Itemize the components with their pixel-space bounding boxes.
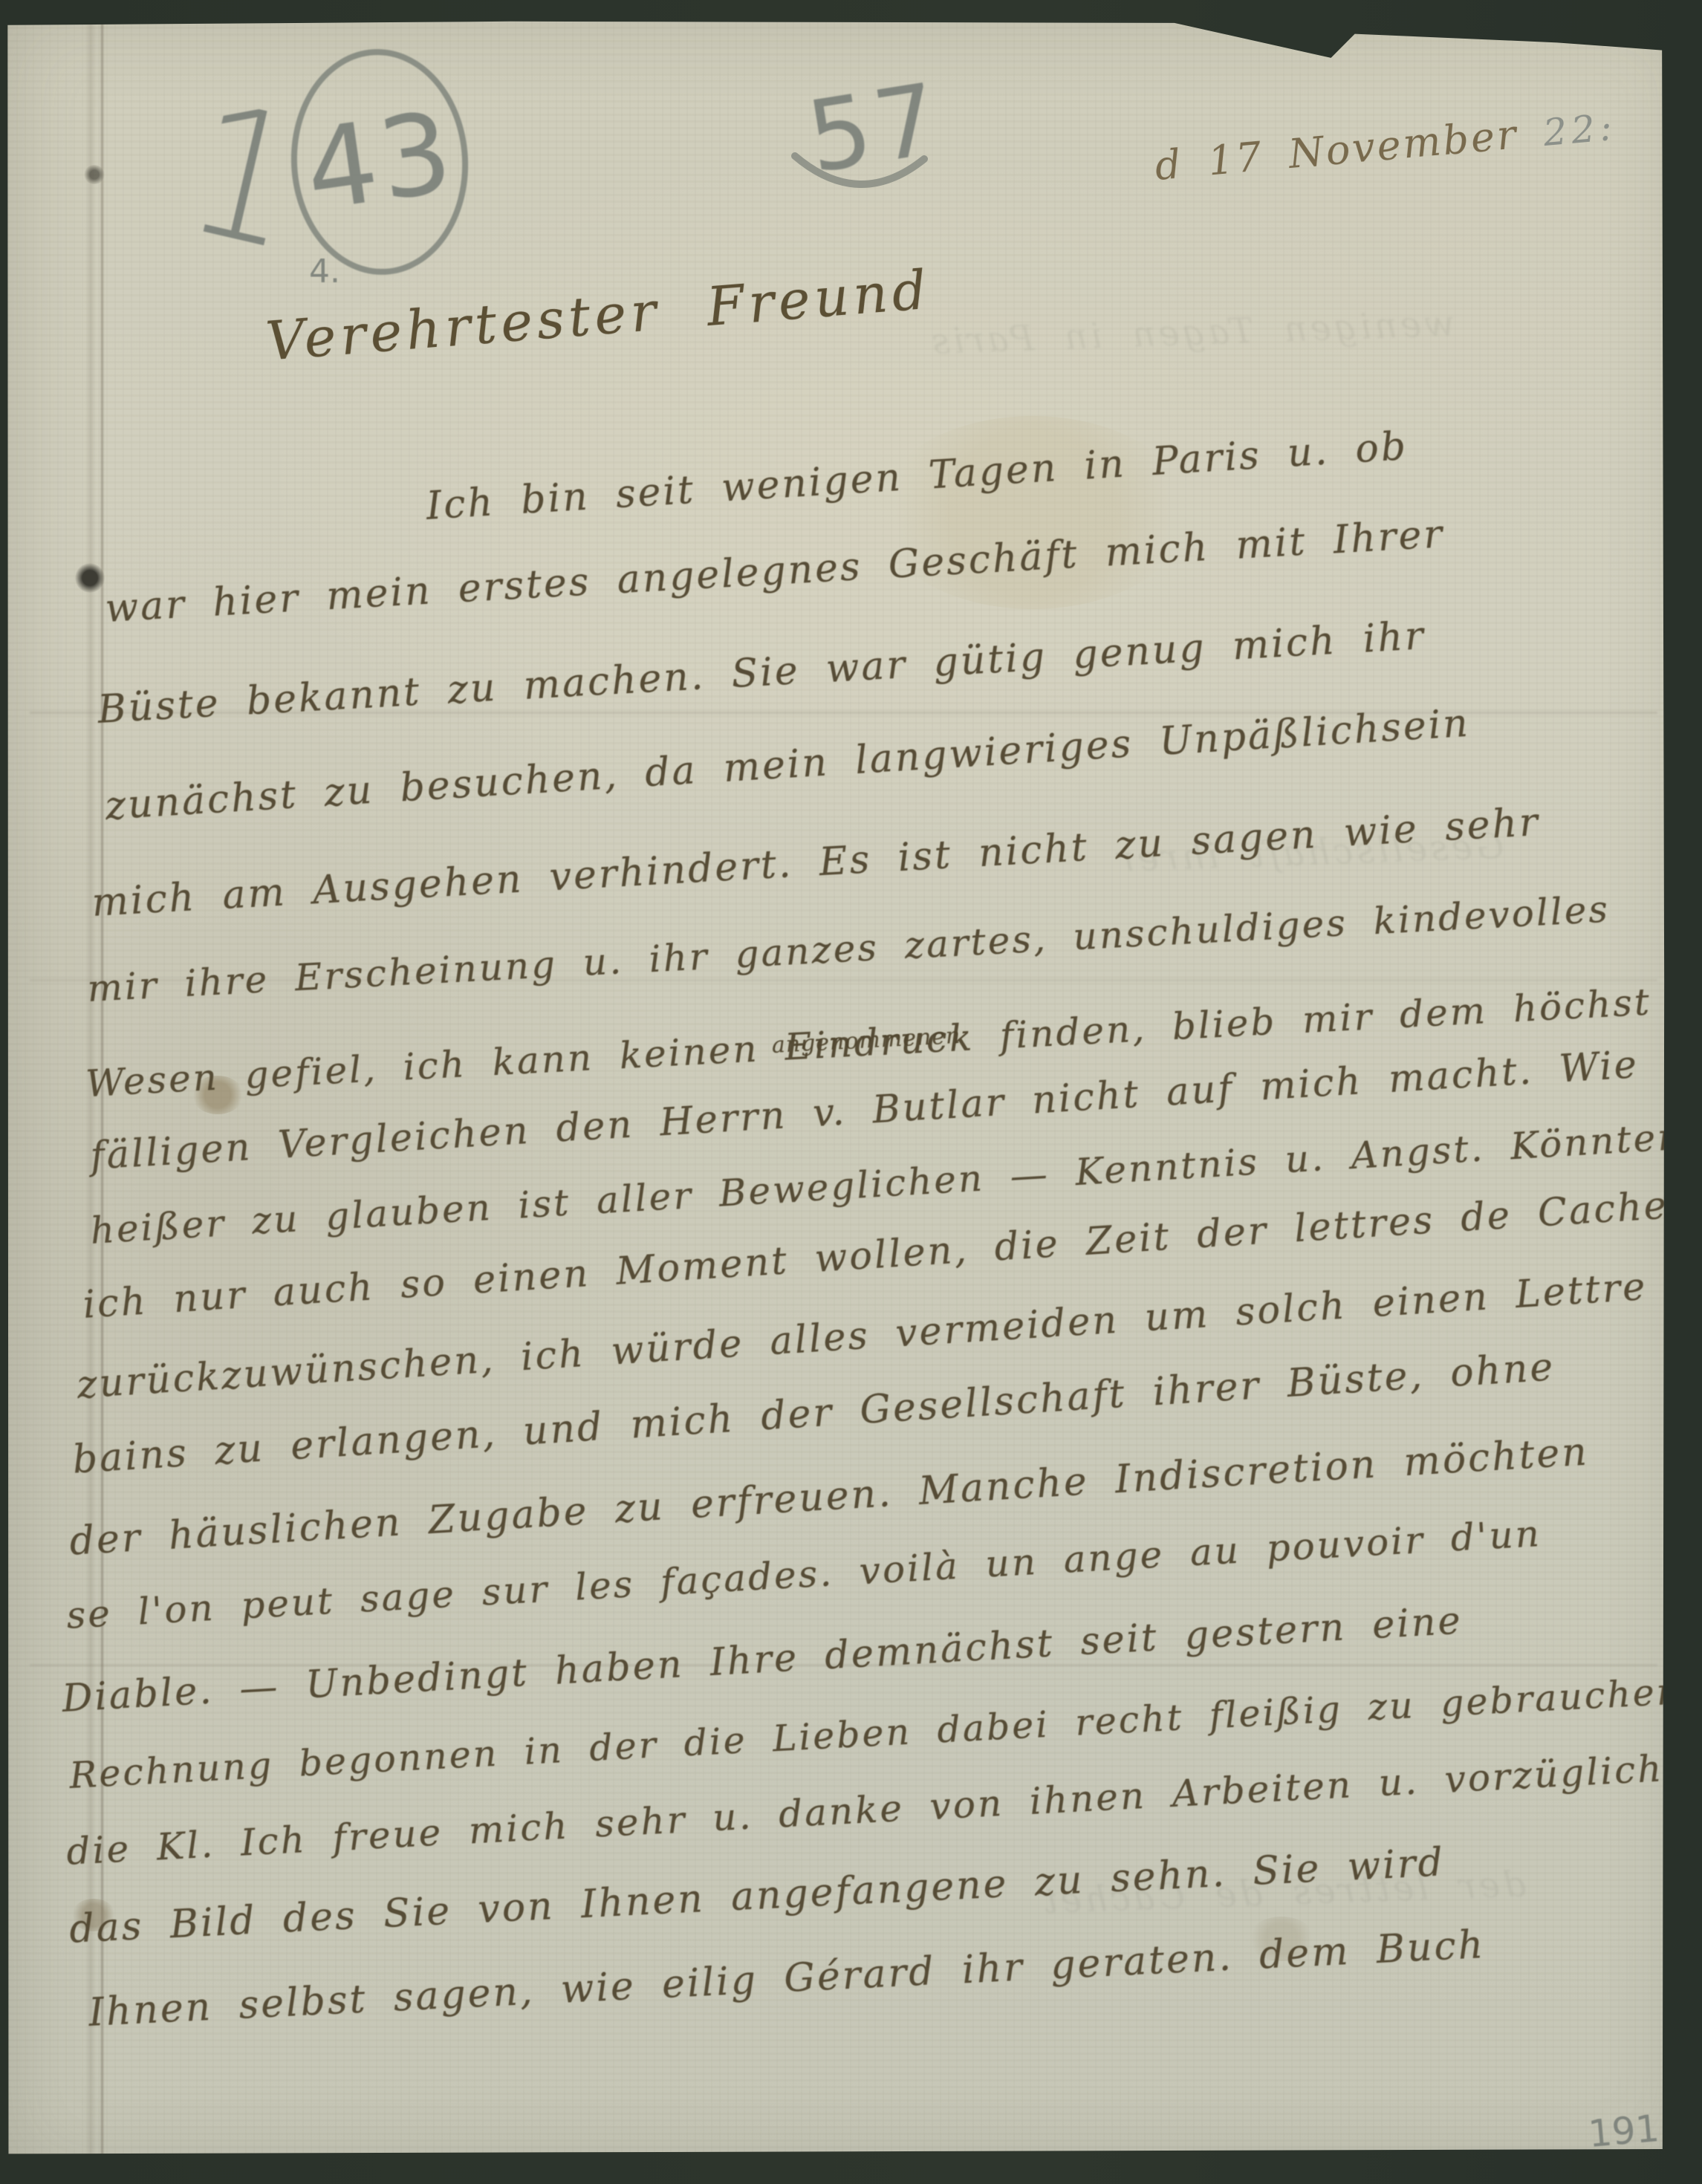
- ghost-line: wenigen Tagen in Paris: [928, 303, 1455, 363]
- paper-sheet: wenigen Tagen in ParisGesellschaft ihrer…: [0, 0, 1702, 2184]
- date-year-pencil: 22:: [1542, 105, 1618, 155]
- salutation: Verehrtester Freund: [264, 259, 933, 373]
- page-number: 191: [1587, 2107, 1661, 2156]
- date-line: d 17 November 22:: [1153, 103, 1618, 189]
- date-ink: d 17 November: [1153, 111, 1520, 189]
- circled-archive-number: 43: [285, 45, 474, 279]
- pencil-underline-arc: [789, 143, 930, 209]
- archive-number-43: 43: [297, 88, 461, 236]
- scanned-letter-page: wenigen Tagen in ParisGesellschaft ihrer…: [0, 0, 1702, 2184]
- manuscript-line: Ich bin seit wenigen Tagen in Paris u. o…: [425, 424, 1409, 529]
- manuscript-line: war hier mein erstes angelegnes Geschäft…: [104, 512, 1446, 631]
- small-pencil-number: 4.: [309, 253, 340, 290]
- manuscript-line: Büste bekannt zu machen. Sie war gütig g…: [97, 614, 1426, 732]
